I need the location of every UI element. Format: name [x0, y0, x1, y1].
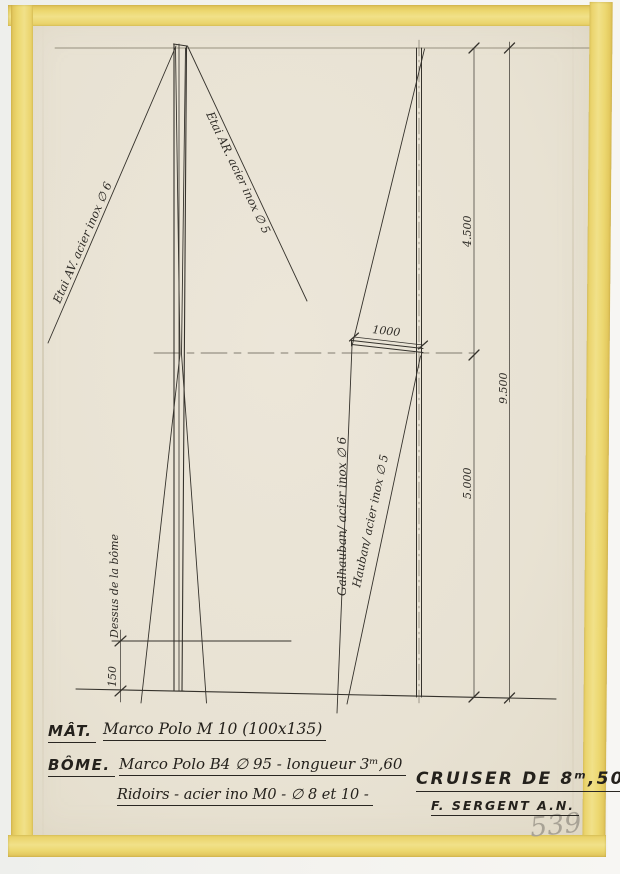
label-dim-1000: 1000	[372, 323, 401, 339]
forestay-line	[48, 46, 176, 343]
reference-lines	[55, 48, 598, 699]
title-author-text: F. SERGENT A.N.	[431, 798, 579, 816]
note-mat-label: MÂT.	[48, 722, 96, 743]
label-dessus-bome: Dessus de la bôme	[108, 533, 121, 639]
mast-side-view	[48, 44, 307, 703]
spreader-bottom-line	[352, 345, 423, 353]
label-hauban: Hauban/ acier inox ∅ 5	[349, 453, 391, 589]
mast-front-view	[337, 40, 428, 713]
note-bome-value-text: Marco Polo B4 ∅ 95 - longueur 3ᵐ,60	[119, 755, 406, 776]
tape-left	[11, 5, 33, 850]
note-mat-value: Marco Polo M 10 (100x135)	[103, 720, 326, 741]
scanned-drawing-page: Etai AV. acier inox ∅ 6 Etai AR. acier i…	[0, 0, 620, 874]
dim-1000-line	[354, 337, 423, 345]
note-mat-label-text: MÂT.	[48, 722, 96, 743]
label-etai-ar: Etai AR. acier inox ∅ 5	[203, 108, 274, 235]
note-bome-label-text: BÔME.	[48, 756, 115, 777]
note-bome-label: BÔME.	[48, 756, 115, 777]
masthead-cap	[174, 44, 188, 46]
note-mat-value-text: Marco Polo M 10 (100x135)	[103, 720, 326, 741]
dim-1000-tick-left	[350, 333, 359, 341]
note-ridoirs: Ridoirs - acier ino M0 - ∅ 8 et 10 -	[117, 787, 373, 806]
label-dim-150: 150	[106, 666, 119, 687]
shroud-aft-line	[182, 48, 207, 703]
dim-1000-tick-right	[419, 341, 428, 349]
spreader-top-line	[352, 341, 423, 349]
label-dim-5000: 5.000	[461, 468, 474, 500]
label-dim-4500: 4.500	[461, 216, 474, 249]
dimension-lines	[469, 42, 515, 703]
galhauban-line	[337, 49, 425, 713]
label-galhauban: Galhauban/ acier inox ∅ 6	[335, 436, 349, 596]
note-ridoirs-text: Ridoirs - acier ino M0 - ∅ 8 et 10 -	[117, 787, 373, 806]
label-dim-9500: 9.500	[497, 373, 510, 405]
title-author-name: F. SERGENT A.N.	[431, 798, 579, 816]
note-bome-value: Marco Polo B4 ∅ 95 - longueur 3ᵐ,60	[119, 755, 406, 776]
tape-bottom	[8, 835, 606, 857]
title-boat-text: CRUISER DE 8ᵐ,50	[416, 769, 620, 792]
hauban-line	[347, 356, 421, 704]
label-etai-av: Etai AV. acier inox ∅ 6	[50, 180, 115, 306]
deck-line	[76, 689, 556, 699]
tape-top	[8, 5, 609, 26]
title-boat-name: CRUISER DE 8ᵐ,50	[416, 769, 620, 792]
